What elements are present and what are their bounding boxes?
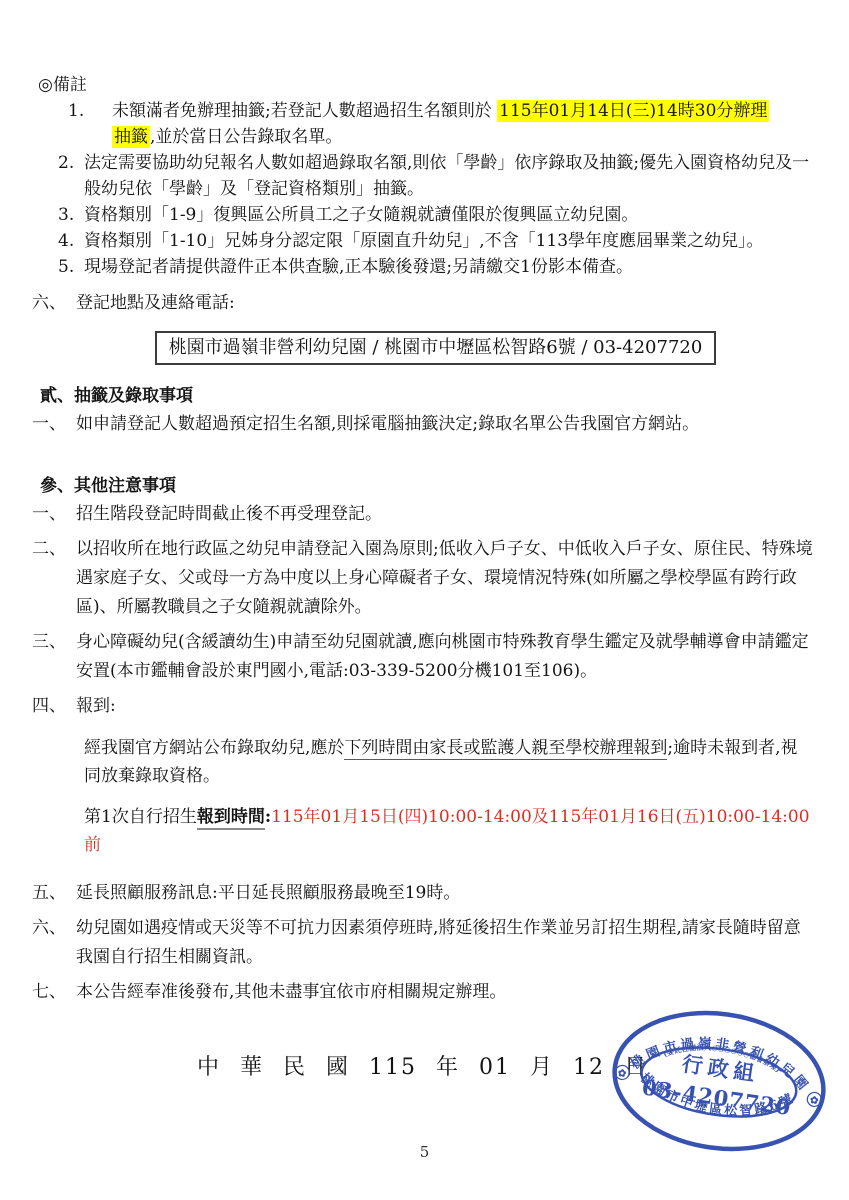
note-item-number: 5. <box>58 254 84 280</box>
note-item-number: 4. <box>58 228 84 254</box>
item-text: 本公告經奉准後發布,其他未盡事宜依市府相關規定辦理。 <box>76 978 813 1007</box>
note-item-text: 資格類別「1-9」復興區公所員工之子女隨親就讀僅限於復興區立幼兒園。 <box>84 202 813 228</box>
other-item-4: 四、 報到: <box>32 692 813 721</box>
note-item-text: 現場登記者請提供證件正本供查驗,正本驗後發還;另請繳交1份影本備查。 <box>84 254 813 280</box>
checkin-time-emphasis: 報到時間 <box>197 807 265 830</box>
office-stamp: 桃園市過嶺非營利幼兒園 (委託社團法人○○○○○○協會辦理) 行政組 03-42… <box>606 1006 832 1156</box>
item-text: 延長照顧服務訊息:平日延長照顧服務最晚至19時。 <box>76 879 813 908</box>
item-marker: 三、 <box>32 628 76 686</box>
checkin-pre: 經我園官方網站公布錄取幼兒,應於 <box>84 738 344 758</box>
checkin-underlined-phrase: 下列時間由家長或監護人親至學校辦理報到 <box>344 738 667 760</box>
item-marker: 五、 <box>32 879 76 908</box>
item-text: 如申請登記人數超過預定招生名額,則採電腦抽籤決定;錄取名單公告我園官方網站。 <box>76 410 813 439</box>
item-marker: 四、 <box>32 692 76 721</box>
note-item-text: 未額滿者免辦理抽籤;若登記人數超過招生名額則於 115年01月14日(三)14時… <box>112 98 813 150</box>
item-text: 招生階段登記時間截止後不再受理登記。 <box>76 500 813 529</box>
note-item-number: 3. <box>58 202 84 228</box>
item-marker: 二、 <box>32 535 76 622</box>
item-text: 身心障礙幼兒(含緩讀幼生)申請至幼兒園就讀,應向桃園市特殊教育學生鑑定及就學輔導… <box>76 628 813 686</box>
note1-highlight-2: 抽籤 <box>112 126 150 148</box>
stamp-svg: 桃園市過嶺非營利幼兒園 (委託社團法人○○○○○○協會辦理) 行政組 03-42… <box>606 1006 832 1156</box>
item-text: 幼兒園如遇疫情或天災等不可抗力因素須停班時,將延後招生作業並另訂招生期程,請家長… <box>76 914 813 972</box>
checkin-time-paragraph: 第1次自行招生報到時間:115年01月15日(四)10:00-14:00及115… <box>84 803 813 859</box>
note1-post: ,並於當日公告錄取名單。 <box>150 127 342 147</box>
checkin-paragraph: 經我園官方網站公布錄取幼兒,應於下列時間由家長或監護人親至學校辦理報到;逾時未報… <box>84 734 813 790</box>
section-other-heading: 參、其他注意事項 <box>40 473 813 500</box>
item-marker: 七、 <box>32 978 76 1007</box>
note-item-text: 資格類別「1-10」兄姊身分認定限「原園直升幼兒」,不含「113學年度應屆畢業之… <box>84 228 813 254</box>
note-item-5: 5. 現場登記者請提供證件正本供查驗,正本驗後發還;另請繳交1份影本備查。 <box>58 254 813 280</box>
location-contact-box: 桃園市過嶺非營利幼兒園 / 桃園市中壢區松智路6號 / 03-4207720 <box>155 331 717 365</box>
note1-highlight-1: 115年01月14日(三)14時30分辦理 <box>497 100 769 122</box>
location-box-wrapper: 桃園市過嶺非營利幼兒園 / 桃園市中壢區松智路6號 / 03-4207720 <box>32 331 813 365</box>
page-number: 5 <box>0 1143 849 1161</box>
note-item-number: 1. <box>68 98 112 150</box>
note-item-3: 3. 資格類別「1-9」復興區公所員工之子女隨親就讀僅限於復興區立幼兒園。 <box>58 202 813 228</box>
notes-title: ◎備註 <box>38 72 813 98</box>
document-content: ◎備註 1. 未額滿者免辦理抽籤;若登記人數超過招生名額則於 115年01月14… <box>0 0 849 1083</box>
item-marker: 一、 <box>32 410 76 439</box>
note-item-2: 2. 法定需要協助幼兒報名人數如超過錄取名額,則依「學齡」依序錄取及抽籤;優先入… <box>58 150 813 202</box>
lottery-item-1: 一、 如申請登記人數超過預定招生名額,則採電腦抽籤決定;錄取名單公告我園官方網站… <box>32 410 813 439</box>
item-marker: 六、 <box>32 914 76 972</box>
other-item-2: 二、 以招收所在地行政區之幼兒申請登記入園為原則;低收入戶子女、中低收入戶子女、… <box>32 535 813 622</box>
note-item-text: 法定需要協助幼兒報名人數如超過錄取名額,則依「學齡」依序錄取及抽籤;優先入園資格… <box>84 150 813 202</box>
other-item-5: 五、 延長照顧服務訊息:平日延長照顧服務最晚至19時。 <box>32 879 813 908</box>
other-item-1: 一、 招生階段登記時間截止後不再受理登記。 <box>32 500 813 529</box>
other-item-7: 七、 本公告經奉准後發布,其他未盡事宜依市府相關規定辦理。 <box>32 978 813 1007</box>
registration-location-label: 登記地點及連絡電話: <box>76 290 235 316</box>
note-item-number: 2. <box>58 150 84 202</box>
document-page: ◎備註 1. 未額滿者免辦理抽籤;若登記人數超過招生名額則於 115年01月14… <box>0 0 849 1200</box>
item-marker: 一、 <box>32 500 76 529</box>
item-text: 以招收所在地行政區之幼兒申請登記入園為原則;低收入戶子女、中低收入戶子女、原住民… <box>76 535 813 622</box>
section-lottery-heading: 貳、抽籤及錄取事項 <box>40 383 813 410</box>
note-item-1: 1. 未額滿者免辦理抽籤;若登記人數超過招生名額則於 115年01月14日(三)… <box>68 98 813 150</box>
checkin-time-pre: 第1次自行招生 <box>84 807 197 827</box>
note1-pre: 未額滿者免辦理抽籤;若登記人數超過招生名額則於 <box>112 101 497 121</box>
item-label: 報到: <box>76 692 813 721</box>
registration-location-line: 六、 登記地點及連絡電話: <box>32 290 813 316</box>
other-item-6: 六、 幼兒園如遇疫情或天災等不可抗力因素須停班時,將延後招生作業並另訂招生期程,… <box>32 914 813 972</box>
section-marker: 六、 <box>32 290 76 316</box>
other-item-3: 三、 身心障礙幼兒(含緩讀幼生)申請至幼兒園就讀,應向桃園市特殊教育學生鑑定及就… <box>32 628 813 686</box>
note-item-4: 4. 資格類別「1-10」兄姊身分認定限「原園直升幼兒」,不含「113學年度應屆… <box>58 228 813 254</box>
